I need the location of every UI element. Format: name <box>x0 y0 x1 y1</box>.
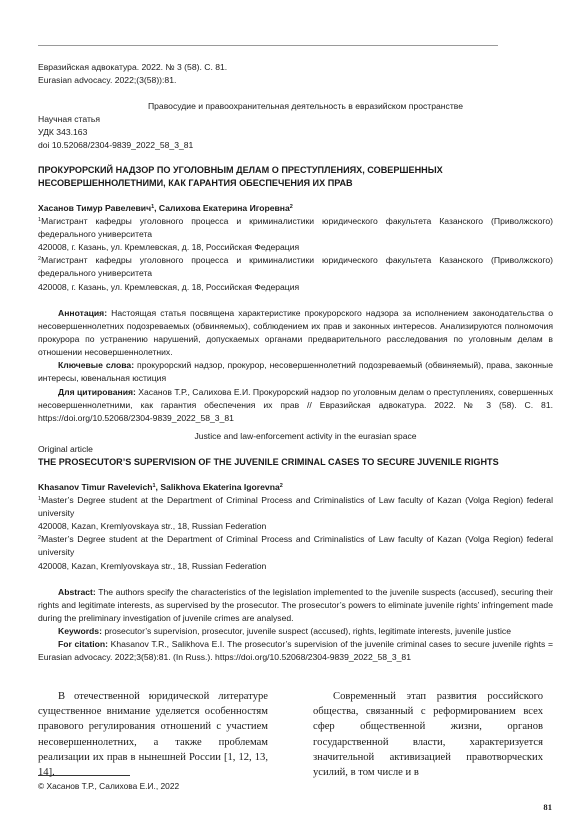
en-meta: Justice and law-enforcement activity in … <box>38 430 553 470</box>
citation-ru-block: Для цитирования: Хасанов Т.Р., Салихова … <box>38 386 553 425</box>
affiliation-text: Master’s Degree student at the Departmen… <box>38 534 553 557</box>
keywords-en: Keywords: prosecutor’s supervision, pros… <box>38 625 553 638</box>
annotation-label: Аннотация: <box>58 308 107 318</box>
author-names-ru: Хасанов Тимур Равелевич1, Салихова Екате… <box>38 202 553 215</box>
footnote-rule <box>38 775 130 776</box>
section-title-ru: Правосудие и правоохранительная деятельн… <box>38 100 553 113</box>
udk: УДК 343.163 <box>38 126 553 139</box>
address-1-ru: 420008, г. Казань, ул. Кремлевская, д. 1… <box>38 241 553 254</box>
affiliation-2-ru: 2Магистрант кафедры уголовного процесса … <box>38 254 553 280</box>
affiliation-1-ru: 1Магистрант кафедры уголовного процесса … <box>38 215 553 241</box>
article-title-ru: ПРОКУРОРСКИЙ НАДЗОР ПО УГОЛОВНЫМ ДЕЛАМ О… <box>38 164 553 191</box>
author-1: Khasanov Timur Ravelevich <box>38 482 152 492</box>
affil-mark: 2 <box>280 483 283 489</box>
annotation-text: Настоящая статья посвящена характеристик… <box>38 308 553 357</box>
title-line: НЕСОВЕРШЕННОЛЕТНИМИ, КАК ГАРАНТИЯ ОБЕСПЕ… <box>38 177 553 190</box>
author-2: Салихова Екатерина Игоревна <box>159 203 290 213</box>
keywords-label: Ключевые слова: <box>58 360 134 370</box>
title-line: ПРОКУРОРСКИЙ НАДЗОР ПО УГОЛОВНЫМ ДЕЛАМ О… <box>38 164 553 177</box>
affiliation-text: Магистрант кафедры уголовного процесса и… <box>38 255 553 278</box>
header-rule <box>38 45 498 46</box>
citation-en-block: For citation: Khasanov T.R., Salikhova E… <box>38 638 553 664</box>
affil-mark: 2 <box>290 204 293 210</box>
affiliation-1-en: 1Master’s Degree student at the Departme… <box>38 494 553 520</box>
section-title-en: Justice and law-enforcement activity in … <box>38 430 553 443</box>
affiliation-text: Магистрант кафедры уголовного процесса и… <box>38 216 553 239</box>
address-2-ru: 420008, г. Казань, ул. Кремлевская, д. 1… <box>38 281 553 294</box>
author-1: Хасанов Тимур Равелевич <box>38 203 151 213</box>
affiliation-2-en: 2Master’s Degree student at the Departme… <box>38 533 553 559</box>
citation-ru: Евразийская адвокатура. 2022. № 3 (58). … <box>38 61 553 74</box>
article-type-ru: Научная статья <box>38 113 553 126</box>
abstract-en-para: Abstract: The authors specify the charac… <box>38 586 553 625</box>
address-2-en: 420008, Kazan, Kremlyovskaya str., 18, R… <box>38 560 553 573</box>
body-column-2: Современный этап развития российского об… <box>313 689 543 780</box>
citation-label: Для цитирования: <box>58 387 136 397</box>
keywords-label: Keywords: <box>58 626 102 636</box>
citation-en: Eurasian advocacy. 2022;(3(58)):81. <box>38 74 553 87</box>
author-2: Salikhova Ekaterina Igorevna <box>160 482 279 492</box>
address-1-en: 420008, Kazan, Kremlyovskaya str., 18, R… <box>38 520 553 533</box>
copyright-footnote: © Хасанов Т.Р., Салихова Е.И., 2022 <box>38 781 179 791</box>
doi: doi 10.52068/2304-9839_2022_58_3_81 <box>38 139 553 152</box>
citation-text: Khasanov T.R., Salikhova E.I. The prosec… <box>38 639 553 662</box>
abstract-ru: Аннотация: Настоящая статья посвящена ха… <box>38 307 553 425</box>
journal-citation-header: Евразийская адвокатура. 2022. № 3 (58). … <box>38 61 553 87</box>
affiliation-text: Master’s Degree student at the Departmen… <box>38 495 553 518</box>
page-number: 81 <box>543 802 552 812</box>
author-names-en: Khasanov Timur Ravelevich1, Salikhova Ek… <box>38 481 553 494</box>
article-title-en: THE PROSECUTOR’S SUPERVISION OF THE JUVE… <box>38 456 553 469</box>
keywords-text: prosecutor’s supervision, prosecutor, ju… <box>102 626 511 636</box>
annotation-ru: Аннотация: Настоящая статья посвящена ха… <box>38 307 553 359</box>
abstract-label: Abstract: <box>58 587 96 597</box>
ru-meta: Правосудие и правоохранительная деятельн… <box>38 100 553 152</box>
authors-ru: Хасанов Тимур Равелевич1, Салихова Екате… <box>38 202 553 294</box>
body-column-1: В отечественной юридической литературе с… <box>38 689 268 780</box>
keywords-ru: Ключевые слова: прокурорский надзор, про… <box>38 359 553 385</box>
authors-en: Khasanov Timur Ravelevich1, Salikhova Ek… <box>38 481 553 573</box>
citation-label: For citation: <box>58 639 108 649</box>
article-type-en: Original article <box>38 443 553 456</box>
abstract-en: Abstract: The authors specify the charac… <box>38 586 553 665</box>
abstract-text: The authors specify the characteristics … <box>38 587 553 623</box>
